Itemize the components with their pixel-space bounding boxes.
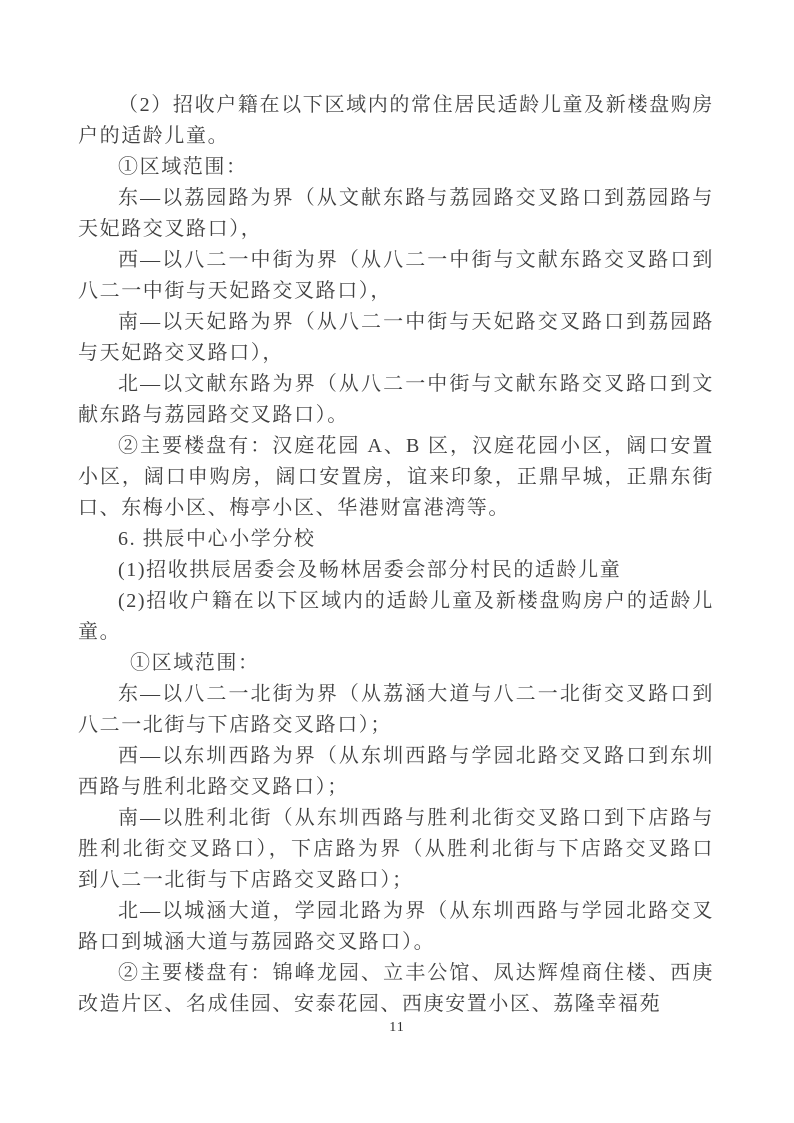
- para-main-estates: ②主要楼盘有：汉庭花园 A、B 区，汉庭花园小区，阔口安置小区，阔口申购房，阔口…: [78, 431, 714, 524]
- para-area-scope-heading-2: ①区域范围：: [78, 648, 714, 679]
- para-enrollment-clause-2b: (2)招收户籍在以下区域内的适龄儿童及新楼盘购房户的适龄儿童。: [78, 586, 714, 648]
- para-east-boundary-2: 东—以八二一北街为界（从荔涵大道与八二一北街交叉路口到八二一北街与下店路交叉路口…: [78, 679, 714, 741]
- para-area-scope-heading: ①区域范围：: [78, 152, 714, 183]
- para-west-boundary-2: 西—以东圳西路为界（从东圳西路与学园北路交叉路口到东圳西路与胜利北路交叉路口）；: [78, 741, 714, 803]
- para-south-boundary-2: 南—以胜利北街（从东圳西路与胜利北街交叉路口到下店路与胜利北街交叉路口），下店路…: [78, 803, 714, 896]
- para-enrollment-clause-2: （2）招收户籍在以下区域内的常住居民适龄儿童及新楼盘购房户的适龄儿童。: [78, 90, 714, 152]
- document-page: （2）招收户籍在以下区域内的常住居民适龄儿童及新楼盘购房户的适龄儿童。 ①区域范…: [0, 0, 794, 1123]
- para-enrollment-clause-1b: (1)招收拱辰居委会及畅林居委会部分村民的适龄儿童: [78, 555, 714, 586]
- para-north-boundary-2: 北—以城涵大道，学园北路为界（从东圳西路与学园北路交叉路口到城涵大道与荔园路交叉…: [78, 896, 714, 958]
- para-south-boundary: 南—以天妃路为界（从八二一中街与天妃路交叉路口到荔园路与天妃路交叉路口），: [78, 307, 714, 369]
- document-body: （2）招收户籍在以下区域内的常住居民适龄儿童及新楼盘购房户的适龄儿童。 ①区域范…: [78, 90, 714, 1020]
- para-main-estates-2: ②主要楼盘有：锦峰龙园、立丰公馆、凤达辉煌商住楼、西庚改造片区、名成佳园、安泰花…: [78, 958, 714, 1020]
- heading-school-section-6: 6. 拱辰中心小学分校: [78, 524, 714, 555]
- para-west-boundary: 西—以八二一中街为界（从八二一中街与文献东路交叉路口到八二一中街与天妃路交叉路口…: [78, 245, 714, 307]
- para-east-boundary: 东—以荔园路为界（从文献东路与荔园路交叉路口到荔园路与天妃路交叉路口），: [78, 183, 714, 245]
- page-number: 11: [0, 1020, 794, 1036]
- para-north-boundary: 北—以文献东路为界（从八二一中街与文献东路交叉路口到文献东路与荔园路交叉路口）。: [78, 369, 714, 431]
